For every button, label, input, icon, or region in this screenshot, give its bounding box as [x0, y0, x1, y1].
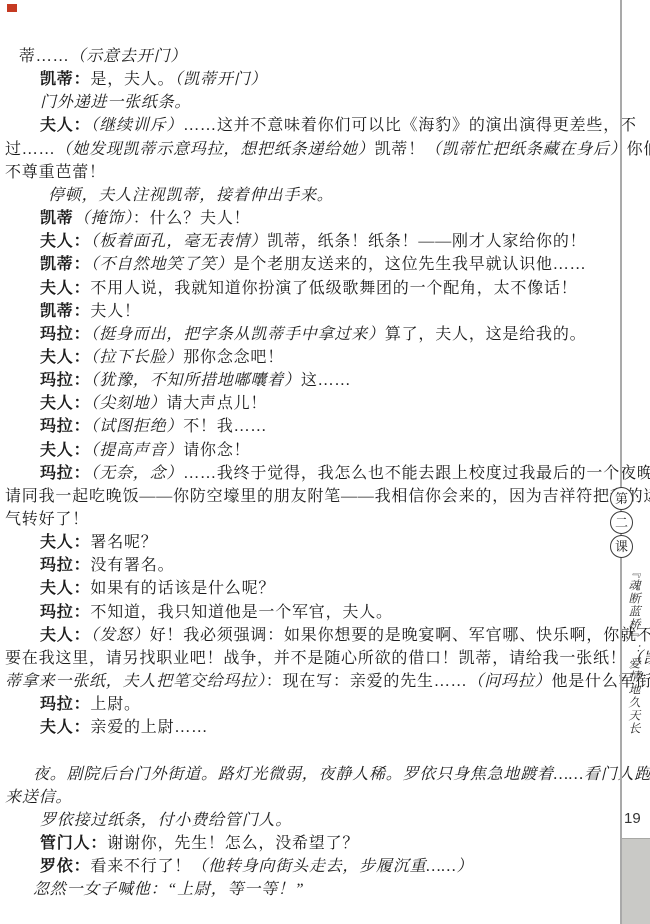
- text-line: 夫人：不用人说，我就知道你扮演了低级歌舞团的一个配角，太不像话！: [40, 277, 578, 300]
- dialogue-text: 请你念！: [183, 442, 250, 459]
- dialogue-text: 谢谢你，先生！怎么，没希望了？: [107, 835, 359, 852]
- speaker-name: 夫人：: [40, 627, 90, 644]
- stage-direction: （挺身而出，把字条从凯蒂手中拿过来）: [90, 326, 384, 343]
- dialogue-text: 是个老朋友送来的，这位先生我早就认识他……: [234, 256, 587, 273]
- text-line: 蒂拿来一张纸，夫人把笔交给玛拉）：现在写：亲爱的先生……（问玛拉）他是什么军衔？: [5, 670, 650, 693]
- dialogue-text: ：现在写：亲爱的先生……: [266, 673, 468, 690]
- stage-direction: 停顿，夫人注视凯蒂，接着伸出手来。: [48, 187, 334, 204]
- lesson-title-vertical: 『魂断蓝桥』：爱情地久天长: [626, 566, 643, 735]
- text-line: 夫人：（尖刻地）请大声点儿！: [40, 392, 267, 415]
- stage-direction: （犹豫，不知所措地嘟囔着）: [90, 372, 300, 389]
- speaker-name: 夫人：: [40, 719, 90, 736]
- dialogue-text: 不尊重芭蕾！: [5, 164, 106, 181]
- speaker-name: 玛拉：: [40, 418, 90, 435]
- sidebar-rule: [620, 0, 622, 924]
- text-line: 蒂……（示意去开门）: [19, 45, 187, 68]
- stage-direction: 忽然一女子喊他：“上尉，等一等！”: [33, 881, 304, 898]
- dialogue-text: 没有署名。: [90, 557, 174, 574]
- text-line: 玛拉：（无奈，念）……我终于觉得，我怎么也不能去跟上校度过我最后的一个夜晚。: [40, 462, 650, 485]
- speaker-name: 凯蒂：: [40, 71, 90, 88]
- speaker-name: 夫人：: [40, 233, 90, 250]
- text-line: 过……（她发现凯蒂示意玛拉，想把纸条递给她）凯蒂！（凯蒂忙把纸条藏在身后）你们: [5, 138, 650, 161]
- text-line: 夫人：（继续训斥）……这并不意味着你们可以比《海豹》的演出演得更差些，不: [40, 114, 637, 137]
- text-line: 门外递进一张纸条。: [40, 91, 191, 114]
- stage-direction: （提高声音）: [90, 442, 183, 459]
- stage-direction: （示意去开门）: [69, 48, 187, 65]
- stage-direction: 门外递进一张纸条。: [40, 94, 191, 111]
- page-number: 19: [624, 810, 641, 827]
- dialogue-text: ……我终于觉得，我怎么也不能去跟上校度过我最后的一个夜晚。: [183, 465, 650, 482]
- stage-direction: （她发现凯蒂示意玛拉，想把纸条递给她）: [55, 141, 374, 158]
- page-edge-shade: [622, 838, 650, 924]
- lesson-badge-char-1: 第: [610, 487, 633, 510]
- text-line: 凯蒂：夫人！: [40, 300, 141, 323]
- dialogue-text: 蒂……: [19, 48, 69, 65]
- text-line: 玛拉：（犹豫，不知所措地嘟囔着）这……: [40, 369, 351, 392]
- text-line: 凯蒂（掩饰）：什么？夫人！: [40, 207, 250, 230]
- text-line: 要在我这里，请另找职业吧！战争，并不是随心所欲的借口！凯蒂，请给我一张纸！（凯: [5, 647, 650, 670]
- text-line: 夫人：如果有的话该是什么呢？: [40, 577, 275, 600]
- text-line: 凯蒂：是，夫人。（凯蒂开门）: [40, 68, 267, 91]
- dialogue-text: 是，夫人。: [90, 71, 174, 88]
- speaker-name: 玛拉：: [40, 696, 90, 713]
- text-line: 忽然一女子喊他：“上尉，等一等！”: [33, 878, 304, 901]
- text-line: 夫人：（板着面孔，毫无表情）凯蒂，纸条！纸条！——刚才人家给你的！: [40, 230, 586, 253]
- text-line: 来送信。: [5, 786, 72, 809]
- dialogue-text: 算了，夫人，这是给我的。: [385, 326, 587, 343]
- text-line: 夫人：（拉下长脸）那你念念吧！: [40, 346, 284, 369]
- dialogue-text: 这……: [301, 372, 351, 389]
- stage-direction: （问玛拉）: [467, 673, 551, 690]
- text-line: 玛拉：不知道，我只知道他是一个军官，夫人。: [40, 601, 393, 624]
- dialogue-text: 看来不行了！: [90, 858, 191, 875]
- stage-direction: （继续训斥）: [90, 117, 183, 134]
- dialogue-text: 要在我这里，请另找职业吧！战争，并不是随心所欲的借口！凯蒂，请给我一张纸！: [5, 650, 627, 667]
- red-marker: [7, 4, 17, 12]
- dialogue-text: 署名呢？: [90, 534, 157, 551]
- dialogue-text: 亲爱的上尉……: [90, 719, 208, 736]
- text-line: 玛拉：上尉。: [40, 693, 141, 716]
- dialogue-text: ：什么？夫人！: [133, 210, 251, 227]
- text-line: 夫人：（提高声音）请你念！: [40, 439, 250, 462]
- text-line: 夫人：（发怒）好！我必须强调：如果你想要的是晚宴啊、军官哪、快乐啊，你就不: [40, 624, 650, 647]
- dialogue-text: 那你念念吧！: [183, 349, 284, 366]
- stage-direction: （凯蒂开门）: [174, 71, 267, 88]
- text-line: 罗依：看来不行了！（他转身向街头走去，步履沉重……）: [40, 855, 473, 878]
- speaker-name: 夫人：: [40, 395, 90, 412]
- stage-direction: 夜。剧院后台门外街道。路灯光微弱，夜静人稀。罗依只身焦急地踱着……看门人跑: [33, 766, 650, 783]
- speaker-name: 夫人：: [40, 280, 90, 297]
- speaker-name: 凯蒂：: [40, 303, 90, 320]
- dialogue-text: 你们: [627, 141, 650, 158]
- speaker-name: 罗依：: [40, 858, 90, 875]
- dialogue-text: 过……: [5, 141, 55, 158]
- speaker-name: 夫人：: [40, 534, 90, 551]
- stage-direction: （不自然地笑了笑）: [90, 256, 233, 273]
- speaker-name: 凯蒂: [40, 210, 74, 227]
- text-line: 玛拉：没有署名。: [40, 554, 174, 577]
- lesson-badge-char-3: 课: [610, 535, 633, 558]
- text-line: 停顿，夫人注视凯蒂，接着伸出手来。: [48, 184, 334, 207]
- text-line: 夫人：亲爱的上尉……: [40, 716, 208, 739]
- speaker-name: 夫人：: [40, 442, 90, 459]
- speaker-name: 玛拉：: [40, 372, 90, 389]
- speaker-name: 夫人：: [40, 580, 90, 597]
- stage-direction: 蒂拿来一张纸，夫人把笔交给玛拉）: [5, 673, 266, 690]
- dialogue-text: 凯蒂！: [375, 141, 425, 158]
- text-line: 请同我一起吃晚饭——你防空壕里的朋友附笔——我相信你会来的，因为吉祥符把我的运: [5, 485, 650, 508]
- speaker-name: 玛拉：: [40, 326, 90, 343]
- stage-direction: （凯蒂忙把纸条藏在身后）: [425, 141, 627, 158]
- dialogue-text: 请大声点儿！: [166, 395, 267, 412]
- lesson-badge-char-2: 二: [610, 511, 633, 534]
- text-line: 气转好了！: [5, 508, 89, 531]
- speaker-name: 玛拉：: [40, 604, 90, 621]
- stage-direction: （无奈，念）: [90, 465, 183, 482]
- stage-direction: （他转身向街头走去，步履沉重……）: [191, 858, 473, 875]
- text-line: 玛拉：（挺身而出，把字条从凯蒂手中拿过来）算了，夫人，这是给我的。: [40, 323, 586, 346]
- stage-direction: （试图拒绝）: [90, 418, 183, 435]
- stage-direction: （板着面孔，毫无表情）: [90, 233, 267, 250]
- stage-direction: 罗依接过纸条，付小费给管门人。: [40, 812, 292, 829]
- speaker-name: 管门人：: [40, 835, 107, 852]
- text-line: 玛拉：（试图拒绝）不！我……: [40, 415, 267, 438]
- text-line: 夫人：署名呢？: [40, 531, 158, 554]
- dialogue-text: 上尉。: [90, 696, 140, 713]
- speaker-name: 凯蒂：: [40, 256, 90, 273]
- dialogue-text: 不知道，我只知道他是一个军官，夫人。: [90, 604, 392, 621]
- dialogue-text: 不！我……: [183, 418, 267, 435]
- dialogue-text: ……这并不意味着你们可以比《海豹》的演出演得更差些，不: [183, 117, 637, 134]
- dialogue-text: 夫人！: [90, 303, 140, 320]
- stage-direction: （掩饰）: [74, 210, 133, 227]
- text-line: 夜。剧院后台门外街道。路灯光微弱，夜静人稀。罗依只身焦急地踱着……看门人跑: [33, 763, 650, 786]
- speaker-name: 玛拉：: [40, 465, 90, 482]
- dialogue-text: 好！我必须强调：如果你想要的是晚宴啊、军官哪、快乐啊，你就不: [150, 627, 650, 644]
- text-line: 管门人：谢谢你，先生！怎么，没希望了？: [40, 832, 359, 855]
- dialogue-text: 气转好了！: [5, 511, 89, 528]
- text-line: 罗依接过纸条，付小费给管门人。: [40, 809, 292, 832]
- stage-direction: （发怒）: [90, 627, 149, 644]
- speaker-name: 夫人：: [40, 117, 90, 134]
- stage-direction: （尖刻地）: [90, 395, 166, 412]
- text-line: 不尊重芭蕾！: [5, 161, 106, 184]
- stage-direction: 来送信。: [5, 789, 72, 806]
- speaker-name: 玛拉：: [40, 557, 90, 574]
- stage-direction: （拉下长脸）: [90, 349, 183, 366]
- dialogue-text: 请同我一起吃晚饭——你防空壕里的朋友附笔——我相信你会来的，因为吉祥符把我的运: [5, 488, 650, 505]
- speaker-name: 夫人：: [40, 349, 90, 366]
- dialogue-text: 凯蒂，纸条！纸条！——刚才人家给你的！: [267, 233, 586, 250]
- page-container: 蒂……（示意去开门）凯蒂：是，夫人。（凯蒂开门）门外递进一张纸条。夫人：（继续训…: [0, 0, 650, 924]
- text-line: 凯蒂：（不自然地笑了笑）是个老朋友送来的，这位先生我早就认识他……: [40, 253, 586, 276]
- dialogue-text: 不用人说，我就知道你扮演了低级歌舞团的一个配角，太不像话！: [90, 280, 577, 297]
- dialogue-text: 如果有的话该是什么呢？: [90, 580, 275, 597]
